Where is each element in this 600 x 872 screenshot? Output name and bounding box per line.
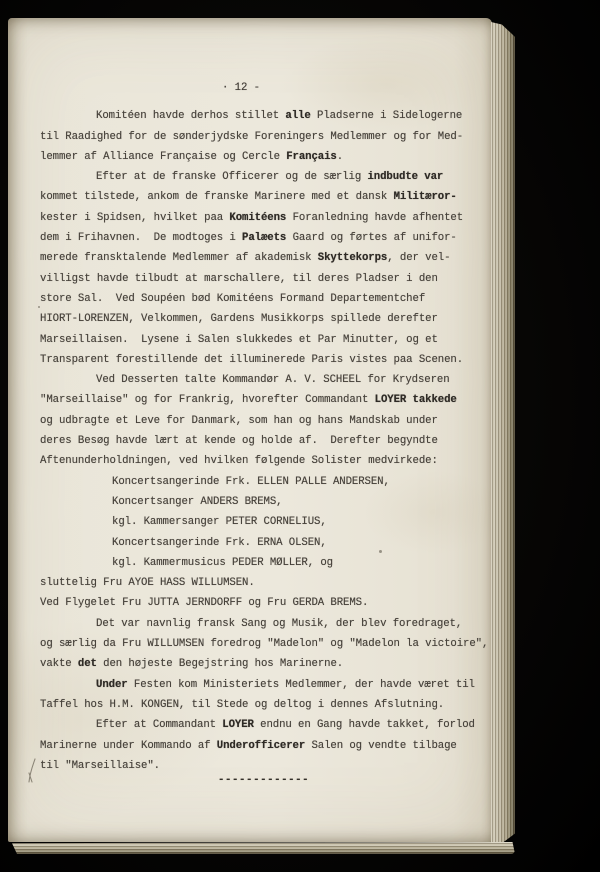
paragraph-6-line: Taffel hos H.M. KONGEN, til Stede og del…	[40, 695, 484, 715]
overstruck-bold-text: alle	[285, 110, 310, 122]
typewriter-text: dem i Frihavnen. De modtoges i	[40, 232, 242, 244]
typewriter-text: lemmer af Alliance Française og Cercle	[40, 151, 286, 163]
typewriter-text: Pladserne i Sidelogerne	[311, 110, 463, 122]
pen-mark-icon	[24, 756, 40, 791]
typewriter-text: sluttelig Fru AYOE HASS WILLUMSEN.	[40, 577, 255, 589]
paragraph-7-line: Efter at Commandant LOYER endnu en Gang …	[40, 715, 484, 735]
paragraph-5-line: vakte det den højeste Begejstring hos Ma…	[40, 654, 484, 674]
paragraph-5-line: Det var navnlig fransk Sang og Musik, de…	[40, 614, 484, 634]
typewriter-text: Koncertsangerinde Frk. ERNA OLSEN,	[112, 537, 327, 549]
typewriter-text: Transparent forestillende det illuminere…	[40, 354, 463, 366]
overstruck-bold-text: Komitéens	[229, 212, 286, 224]
page-number: · 12 -	[40, 78, 484, 98]
typewriter-text: og udbragte et Leve for Danmark, som han…	[40, 415, 438, 427]
page-edge-bottom-stack	[12, 842, 515, 854]
typewriter-text: til "Marseillaise".	[40, 760, 160, 772]
paragraph-3-line: "Marseillaise" og for Frankrig, hvorefte…	[40, 390, 484, 410]
paragraph-4-line: sluttelig Fru AYOE HASS WILLUMSEN.	[40, 573, 484, 593]
typewriter-text: Festen kom Ministeriets Medlemmer, der h…	[128, 679, 475, 691]
typewriter-text: Det var navnlig fransk Sang og Musik, de…	[96, 618, 462, 630]
typewriter-text: "Marseillaise" og for Frankrig, hvorefte…	[40, 394, 375, 406]
typewriter-text: Efter at Commandant	[96, 719, 222, 731]
soloist-list-line: Koncertsangerinde Frk. ELLEN PALLE ANDER…	[40, 472, 484, 492]
paragraph-3-line: Aftenunderholdningen, ved hvilken følgen…	[40, 451, 484, 471]
typewriter-text: Ved Desserten talte Kommandør A. V. SCHE…	[96, 374, 450, 386]
overstruck-bold-text: LOYER	[222, 719, 254, 731]
typewriter-text: villigst havde tilbudt at marschallere, …	[40, 273, 438, 285]
typewriter-text: kgl. Kammersanger PETER CORNELIUS,	[112, 516, 327, 528]
paragraph-3-line: deres Besøg havde lært at kende og holde…	[40, 431, 484, 451]
paragraph-4-line: Ved Flygelet Fru JUTTA JERNDORFF og Fru …	[40, 593, 484, 613]
typewriter-text: .	[337, 151, 343, 163]
overstruck-bold-text: Under	[96, 679, 128, 691]
overstruck-bold-text: Skyttekorps	[318, 252, 387, 264]
overstruck-bold-text: Underofficerer	[217, 740, 305, 752]
paper-speck	[379, 550, 382, 553]
typewriter-text: til Raadighed for de sønderjydske Foreni…	[40, 131, 463, 143]
typewriter-text: Taffel hos H.M. KONGEN, til Stede og del…	[40, 699, 444, 711]
soloist-list-line: kgl. Kammermusicus PEDER MØLLER, og	[40, 553, 484, 573]
book-photo: · 12 - Komitéen havde derhos stillet all…	[0, 0, 600, 872]
typewriter-text: Salen og vendte tilbage	[305, 740, 457, 752]
paragraph-3-line: og udbragte et Leve for Danmark, som han…	[40, 411, 484, 431]
overstruck-bold-text: LOYER takkede	[375, 394, 457, 406]
paragraph-2-line: Transparent forestillende det illuminere…	[40, 350, 484, 370]
paragraph-2-line: store Sal. Ved Soupéen bød Komitéens For…	[40, 289, 484, 309]
paragraph-3-line: Ved Desserten talte Kommandør A. V. SCHE…	[40, 370, 484, 390]
paragraph-1-line: lemmer af Alliance Française og Cercle F…	[40, 147, 484, 167]
typewriter-text: Foranledning havde afhentet	[286, 212, 463, 224]
paragraph-2-line: merede fransktalende Medlemmer af akadem…	[40, 248, 484, 268]
overstruck-bold-text: indbudte var	[367, 171, 443, 183]
typewriter-text: merede fransktalende Medlemmer af akadem…	[40, 252, 318, 264]
typewriter-text: , der vel-	[387, 252, 450, 264]
typewriter-text: Koncertsanger ANDERS BREMS,	[112, 496, 282, 508]
typewriter-text: Efter at de franske Officerer og de særl…	[96, 171, 367, 183]
paragraph-2-line: kester i Spidsen, hvilket paa Komitéens …	[40, 208, 484, 228]
typewriter-text: HIORT-LORENZEN, Velkommen, Gardens Musik…	[40, 313, 438, 325]
typewriter-text: den højeste Begejstring hos Marinerne.	[97, 658, 343, 670]
soloist-list-line: Koncertsanger ANDERS BREMS,	[40, 492, 484, 512]
typewriter-text: Marseillaisen. Lysene i Salen slukkedes …	[40, 334, 438, 346]
page: · 12 - Komitéen havde derhos stillet all…	[8, 18, 492, 842]
paragraph-2-line: Efter at de franske Officerer og de særl…	[40, 167, 484, 187]
page-edge-right-stack	[491, 22, 515, 845]
typewriter-text: deres Besøg havde lært at kende og holde…	[40, 435, 438, 447]
soloist-list-line: Koncertsangerinde Frk. ERNA OLSEN,	[40, 533, 484, 553]
typewriter-text: endnu en Gang havde takket, forlod	[254, 719, 475, 731]
overstruck-bold-text: Français	[286, 151, 337, 163]
typewriter-text: kgl. Kammermusicus PEDER MØLLER, og	[112, 557, 333, 569]
overstruck-bold-text: det	[78, 658, 97, 670]
paragraph-2-line: HIORT-LORENZEN, Velkommen, Gardens Musik…	[40, 309, 484, 329]
typewriter-text: Gaard og førtes af unifor-	[286, 232, 456, 244]
paragraph-5-line: og særlig da Fru WILLUMSEN foredrog "Mad…	[40, 634, 484, 654]
paragraph-1-line: til Raadighed for de sønderjydske Foreni…	[40, 127, 484, 147]
paper-speck	[38, 306, 40, 308]
typewriter-text: og særlig da Fru WILLUMSEN foredrog "Mad…	[40, 638, 488, 650]
document-text: Komitéen havde derhos stillet alle Plads…	[40, 106, 484, 776]
typewriter-text: Ved Flygelet Fru JUTTA JERNDORFF og Fru …	[40, 597, 368, 609]
overstruck-bold-text: Palæets	[242, 232, 286, 244]
typewriter-text: Koncertsangerinde Frk. ELLEN PALLE ANDER…	[112, 476, 390, 488]
typewriter-text: Aftenunderholdningen, ved hvilken følgen…	[40, 455, 438, 467]
typewriter-text: Marinerne under Kommando af	[40, 740, 217, 752]
paragraph-6-line: Under Festen kom Ministeriets Medlemmer,…	[40, 675, 484, 695]
paragraph-2-line: villigst havde tilbudt at marschallere, …	[40, 269, 484, 289]
typewriter-text: kester i Spidsen, hvilket paa	[40, 212, 229, 224]
typewriter-text: Komitéen havde derhos stillet	[96, 110, 285, 122]
paragraph-2-line: Marseillaisen. Lysene i Salen slukkedes …	[40, 330, 484, 350]
paragraph-1-line: Komitéen havde derhos stillet alle Plads…	[40, 106, 484, 126]
paragraph-2-line: kommet tilstede, ankom de franske Marine…	[40, 187, 484, 207]
soloist-list-line: kgl. Kammersanger PETER CORNELIUS,	[40, 512, 484, 532]
overstruck-bold-text: Militæror-	[394, 191, 457, 203]
typewriter-text: vakte	[40, 658, 78, 670]
paragraph-7-line: Marinerne under Kommando af Underofficer…	[40, 736, 484, 756]
paragraph-2-line: dem i Frihavnen. De modtoges i Palæets G…	[40, 228, 484, 248]
typewriter-text: store Sal. Ved Soupéen bød Komitéens For…	[40, 293, 425, 305]
typewriter-text: kommet tilstede, ankom de franske Marine…	[40, 191, 394, 203]
